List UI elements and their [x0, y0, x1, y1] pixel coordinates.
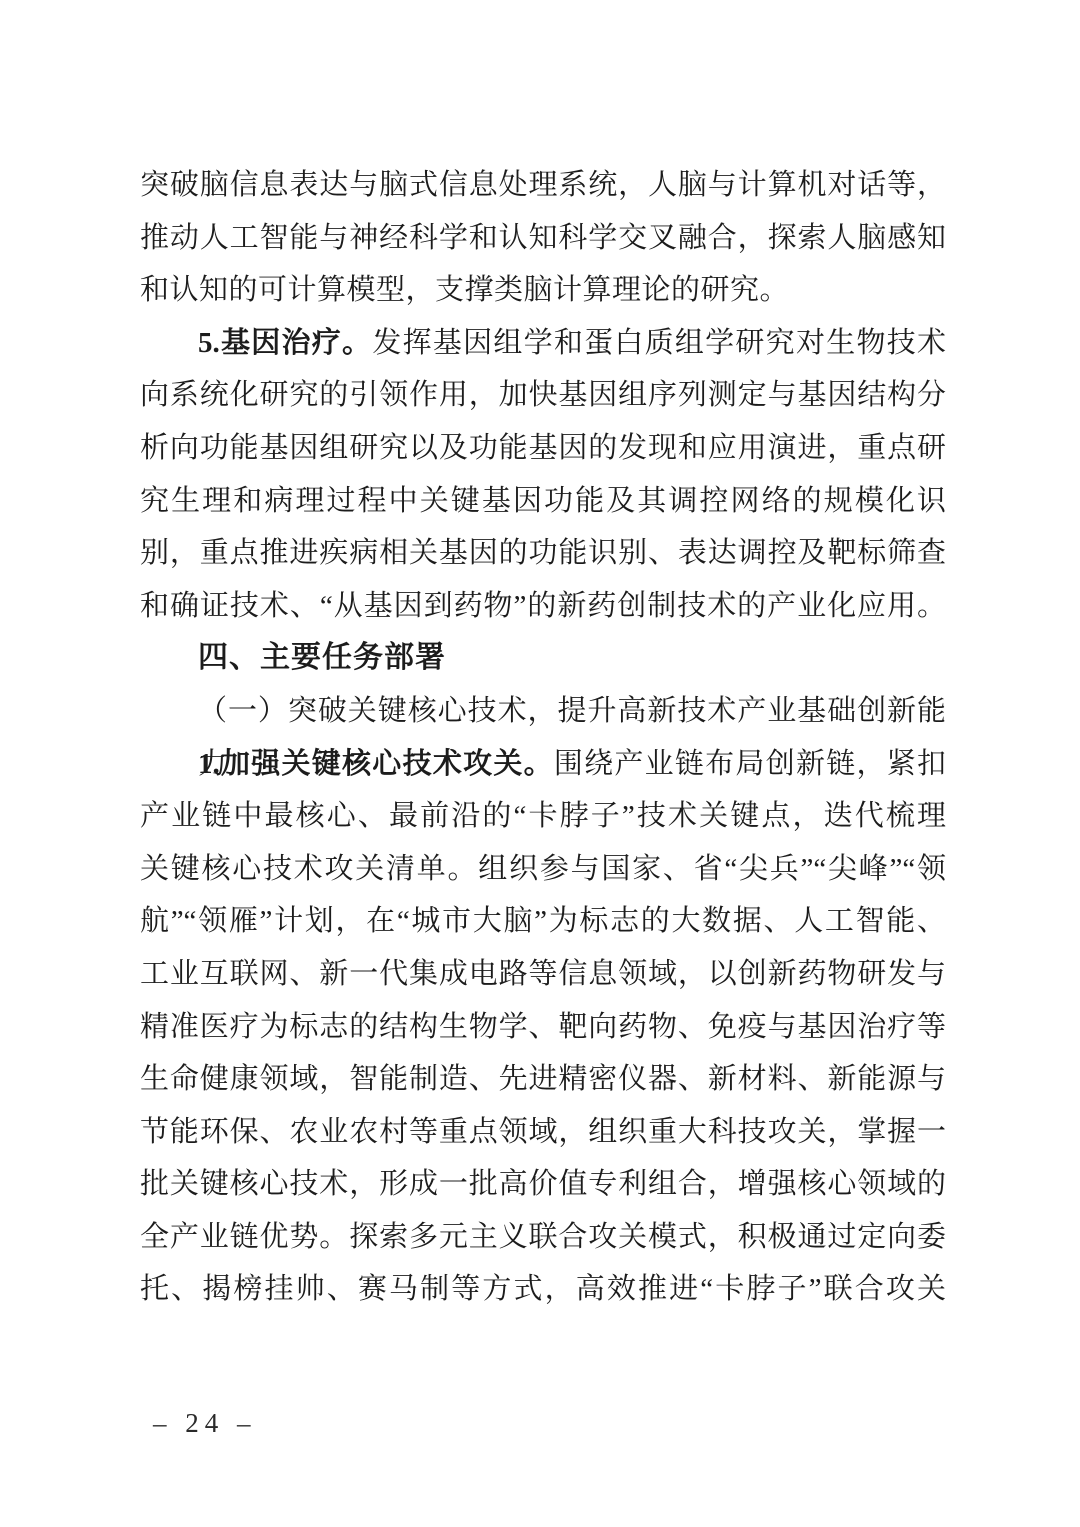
run-in-heading: 1.加强关键核心技术攻关。 [198, 748, 554, 780]
text-line: 推动人工智能与神经科学和认知科学交叉融合，探索人脑感知 [140, 212, 946, 265]
line-text: 别，重点推进疾病相关基因的功能识别、表达调控及靶标筛查 [140, 537, 946, 569]
text-line: 托、揭榜挂帅、赛马制等方式，高效推进“卡脖子”联合攻关 [140, 1263, 946, 1316]
line-text: 围绕产业链布局创新链，紧扣 [554, 748, 946, 780]
text-line: 关键核心技术攻关清单。组织参与国家、省“尖兵”“尖峰”“领 [140, 843, 946, 896]
text-line: 和确证技术、“从基因到药物”的新药创制技术的产业化应用。 [140, 580, 946, 633]
line-text: 生命健康领域，智能制造、先进精密仪器、新材料、新能源与 [140, 1063, 946, 1095]
text-line: 全产业链优势。探索多元主义联合攻关模式，积极通过定向委 [140, 1211, 946, 1264]
line-text: 航”“领雁”计划，在“城市大脑”为标志的大数据、人工智能、 [140, 905, 946, 937]
text-line: 批关键核心技术，形成一批高价值专利组合，增强核心领域的 [140, 1158, 946, 1211]
text-line: 和认知的可计算模型，支撑类脑计算理论的研究。 [140, 264, 946, 317]
subsection-heading: （一）突破关键核心技术，提升高新技术产业基础创新能力 [140, 685, 946, 738]
line-text: 关键核心技术攻关清单。组织参与国家、省“尖兵”“尖峰”“领 [140, 853, 946, 885]
run-in-heading: 5.基因治疗。 [198, 327, 372, 359]
line-text: 节能环保、农业农村等重点领域，组织重大科技攻关，掌握一 [140, 1116, 946, 1148]
text-line: 产业链中最核心、最前沿的“卡脖子”技术关键点，迭代梳理 [140, 790, 946, 843]
line-text: 工业互联网、新一代集成电路等信息领域，以创新药物研发与 [140, 958, 946, 990]
line-text: 全产业链优势。探索多元主义联合攻关模式，积极通过定向委 [140, 1221, 946, 1253]
heading-text: 四、主要任务部署 [198, 641, 446, 674]
paragraph-start-line: 5.基因治疗。发挥基因组学和蛋白质组学研究对生物技术 [140, 317, 946, 370]
line-text: 托、揭榜挂帅、赛马制等方式，高效推进“卡脖子”联合攻关 [140, 1273, 946, 1305]
text-line: 节能环保、农业农村等重点领域，组织重大科技攻关，掌握一 [140, 1106, 946, 1159]
line-text: 析向功能基因组研究以及功能基因的发现和应用演进，重点研 [140, 432, 946, 464]
text-line: 生命健康领域，智能制造、先进精密仪器、新材料、新能源与 [140, 1053, 946, 1106]
line-text: 推动人工智能与神经科学和认知科学交叉融合，探索人脑感知 [140, 222, 946, 254]
line-text: 和确证技术、“从基因到药物”的新药创制技术的产业化应用。 [140, 590, 946, 622]
text-line: 究生理和病理过程中关键基因功能及其调控网络的规模化识 [140, 475, 946, 528]
line-text: 突破脑信息表达与脑式信息处理系统，人脑与计算机对话等， [140, 169, 946, 201]
paragraph-start-line: 1.加强关键核心技术攻关。围绕产业链布局创新链，紧扣 [140, 738, 946, 791]
line-text: 和认知的可计算模型，支撑类脑计算理论的研究。 [140, 274, 789, 306]
section-heading: 四、主要任务部署 [140, 632, 946, 685]
line-text: 发挥基因组学和蛋白质组学研究对生物技术 [372, 327, 946, 359]
page-number: – 24 – [153, 1403, 257, 1443]
text-line: 突破脑信息表达与脑式信息处理系统，人脑与计算机对话等， [140, 159, 946, 212]
line-text: 产业链中最核心、最前沿的“卡脖子”技术关键点，迭代梳理 [140, 800, 946, 832]
text-line: 工业互联网、新一代集成电路等信息领域，以创新药物研发与 [140, 948, 946, 1001]
line-text: 批关键核心技术，形成一批高价值专利组合，增强核心领域的 [140, 1168, 946, 1200]
text-line: 向系统化研究的引领作用，加快基因组序列测定与基因结构分 [140, 369, 946, 422]
line-text: 精准医疗为标志的结构生物学、靶向药物、免疫与基因治疗等 [140, 1011, 946, 1043]
line-text: 究生理和病理过程中关键基因功能及其调控网络的规模化识 [140, 485, 946, 517]
line-text: 向系统化研究的引领作用，加快基因组序列测定与基因结构分 [140, 379, 946, 411]
text-block: 突破脑信息表达与脑式信息处理系统，人脑与计算机对话等， 推动人工智能与神经科学和… [140, 159, 946, 1316]
text-line: 航”“领雁”计划，在“城市大脑”为标志的大数据、人工智能、 [140, 895, 946, 948]
text-line: 别，重点推进疾病相关基因的功能识别、表达调控及靶标筛查 [140, 527, 946, 580]
text-line: 析向功能基因组研究以及功能基因的发现和应用演进，重点研 [140, 422, 946, 475]
document-page: 突破脑信息表达与脑式信息处理系统，人脑与计算机对话等， 推动人工智能与神经科学和… [0, 0, 1080, 1527]
text-line: 精准医疗为标志的结构生物学、靶向药物、免疫与基因治疗等 [140, 1001, 946, 1054]
